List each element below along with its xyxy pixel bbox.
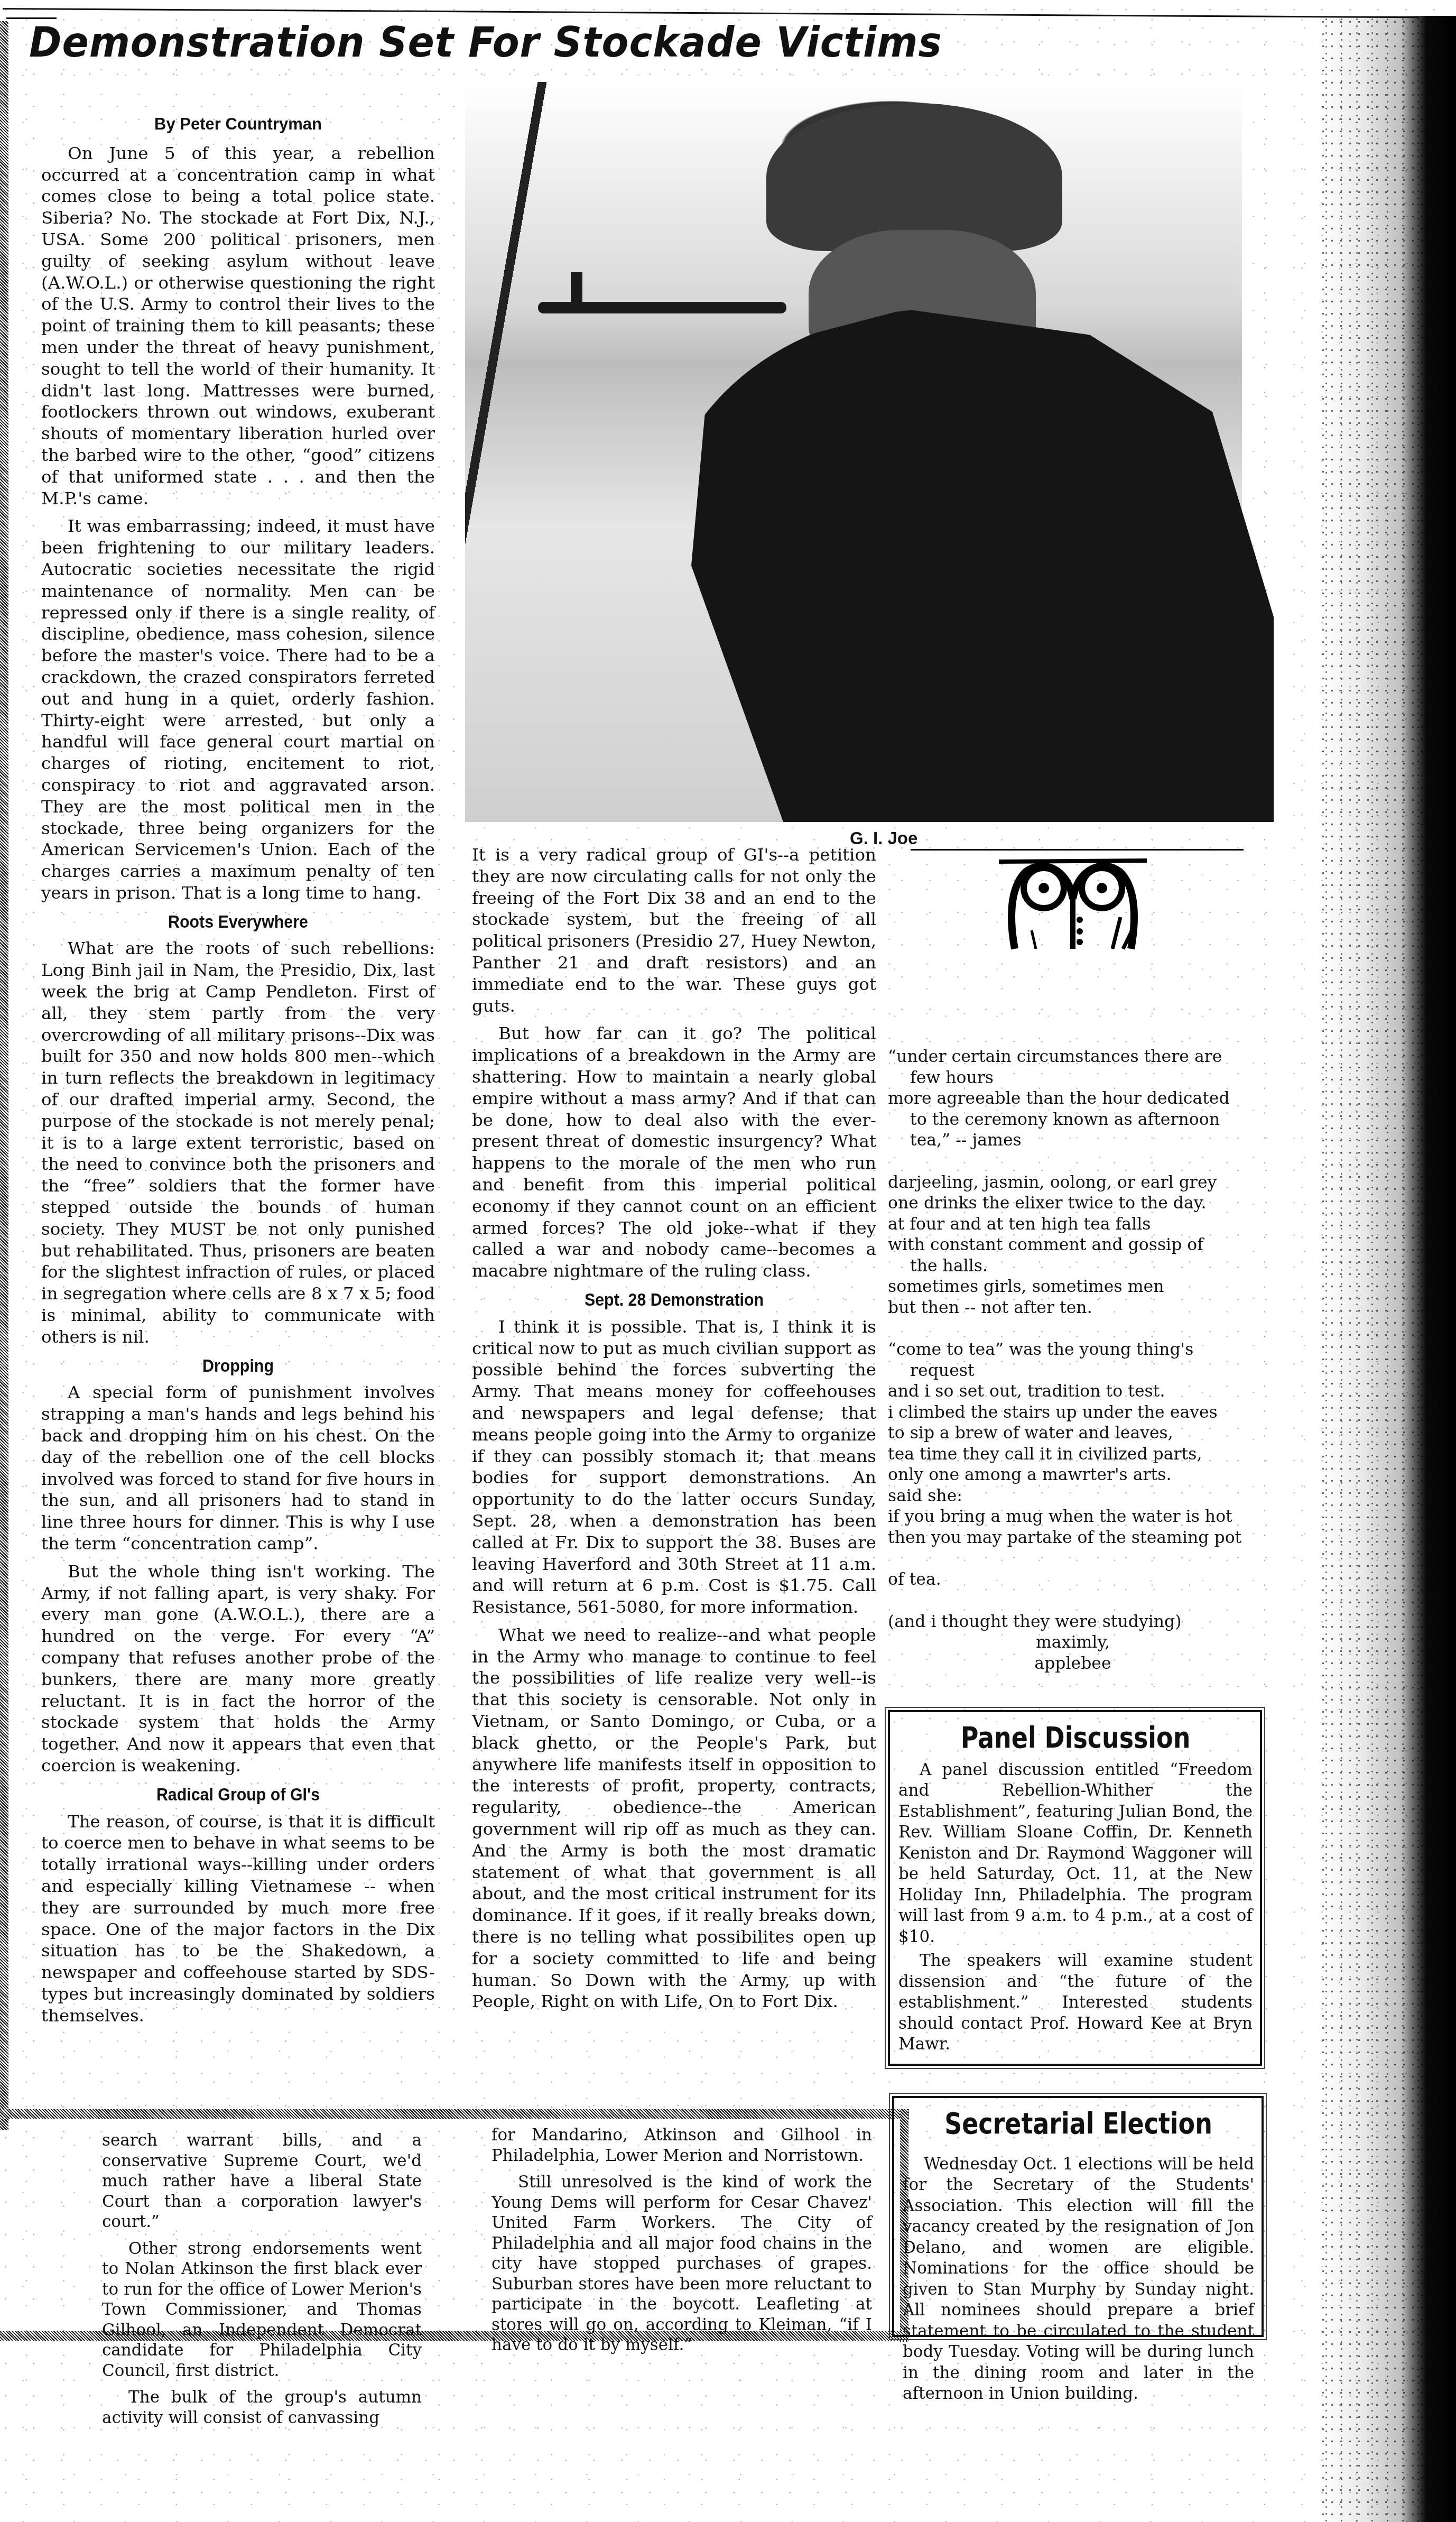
poem-line: if you bring a mug when the water is hot — [888, 1507, 1258, 1528]
poem-line: only one among a mawrter's arts. — [888, 1465, 1258, 1486]
poem-line: request — [888, 1361, 1258, 1382]
poem-line: with constant comment and gossip of — [888, 1235, 1258, 1256]
subhead-sept-28-demonstration: Sept. 28 Demonstration — [488, 1289, 860, 1311]
poem-line: “come to tea” was the young thing's — [888, 1339, 1258, 1361]
photo-figure-shape — [661, 309, 1274, 822]
panel-discussion-title: Panel Discussion — [930, 1722, 1220, 1754]
continued-story-right: for Mandarino, Atkinson and Gilhool in P… — [491, 2125, 872, 2362]
paragraph: search warrant bills, and a conservative… — [102, 2130, 422, 2232]
paragraph: It is a very radical group of GI's--a pe… — [472, 844, 876, 1017]
caption-rule — [911, 849, 1244, 851]
paragraph: A special form of punishment involves st… — [41, 1382, 435, 1554]
headline: Demonstration Set For Stockade Victims — [29, 22, 942, 63]
poem-line: said she: — [888, 1486, 1258, 1507]
poem-line: tea,” -- james — [888, 1130, 1258, 1151]
secretarial-election-box: Secretarial Election Wednesday Oct. 1 el… — [892, 2096, 1264, 2337]
owl-icon — [994, 856, 1152, 951]
poem-line: the halls. — [888, 1256, 1258, 1277]
story-border-bottom — [0, 2109, 909, 2119]
paragraph: I think it is possible. That is, I think… — [472, 1316, 876, 1618]
poem-line: darjeeling, jasmin, oolong, or earl grey — [888, 1172, 1258, 1194]
poem-line: to sip a brew of water and leaves, — [888, 1423, 1258, 1444]
paragraph: Wednesday Oct. 1 elections will be held … — [903, 2154, 1254, 2405]
top-rule — [3, 8, 1419, 18]
poem-line: then you may partake of the steaming pot — [888, 1528, 1258, 1549]
story-border-left — [0, 21, 8, 2130]
middle-column: It is a very radical group of GI's--a pe… — [472, 844, 876, 2019]
byline: By Peter Countryman — [41, 114, 435, 135]
paragraph: for Mandarino, Atkinson and Gilhool in P… — [491, 2125, 872, 2166]
paragraph: The speakers will examine student dissen… — [898, 1951, 1253, 2055]
secretarial-election-title: Secretarial Election — [934, 2108, 1222, 2140]
poem-line: of tea. — [888, 1569, 1258, 1591]
left-column: By Peter Countryman On June 5 of this ye… — [41, 114, 435, 2033]
paragraph: A panel discussion entitled “Freedom and… — [898, 1760, 1253, 1948]
poem-aside: (and i thought they were studying) — [888, 1612, 1258, 1633]
paragraph: It was embarrassing; indeed, it must hav… — [41, 515, 435, 903]
subhead-dropping: Dropping — [57, 1355, 419, 1377]
paragraph: On June 5 of this year, a rebellion occu… — [41, 143, 435, 510]
subhead-roots-everywhere: Roots Everywhere — [57, 911, 419, 933]
paragraph: But how far can it go? The political imp… — [472, 1023, 876, 1282]
continued-story-left: search warrant bills, and a conservative… — [102, 2130, 422, 2434]
poem-line: i climbed the stairs up under the eaves — [888, 1402, 1258, 1424]
poem-signature: applebee — [888, 1653, 1258, 1675]
poem-line: and i so set out, tradition to test. — [888, 1381, 1258, 1402]
paragraph: What we need to realize--and what people… — [472, 1624, 876, 2012]
poem-line: at four and at ten high tea falls — [888, 1214, 1258, 1235]
scan-edge-dark-margin — [1319, 16, 1456, 2522]
paragraph: But the whole thing isn't working. The A… — [41, 1561, 435, 1777]
rifle-sight-icon — [571, 272, 582, 310]
subhead-radical-group: Radical Group of GI's — [57, 1784, 419, 1806]
poem-line: sometimes girls, sometimes men — [888, 1277, 1258, 1298]
poem-line: tea time they call it in civilized parts… — [888, 1444, 1258, 1465]
paragraph: The bulk of the group's autumn activity … — [102, 2387, 422, 2428]
poem-line: “under certain circumstances there are — [888, 1047, 1258, 1068]
poem-signature: maximly, — [888, 1632, 1258, 1653]
photo-cap-shape — [766, 103, 1062, 251]
paragraph: Other strong endorsements went to Nolan … — [102, 2239, 422, 2381]
soldier-photo — [465, 82, 1242, 822]
poem-line: few hours — [888, 1068, 1258, 1089]
poem-line: to the ceremony known as afternoon — [888, 1110, 1258, 1131]
paragraph: The reason, of course, is that it is dif… — [41, 1811, 435, 2027]
tea-poem: “under certain circumstances there are f… — [888, 1047, 1258, 1674]
paragraph: What are the roots of such rebellions: L… — [41, 938, 435, 1347]
poem-line: more agreeable than the hour dedicated — [888, 1088, 1258, 1110]
poem-line: but then -- not after ten. — [888, 1298, 1258, 1319]
panel-discussion-box: Panel Discussion A panel discussion enti… — [888, 1710, 1262, 2066]
poem-line: one drinks the elixer twice to the day. — [888, 1193, 1258, 1214]
paragraph: Still unresolved is the kind of work the… — [491, 2172, 872, 2355]
